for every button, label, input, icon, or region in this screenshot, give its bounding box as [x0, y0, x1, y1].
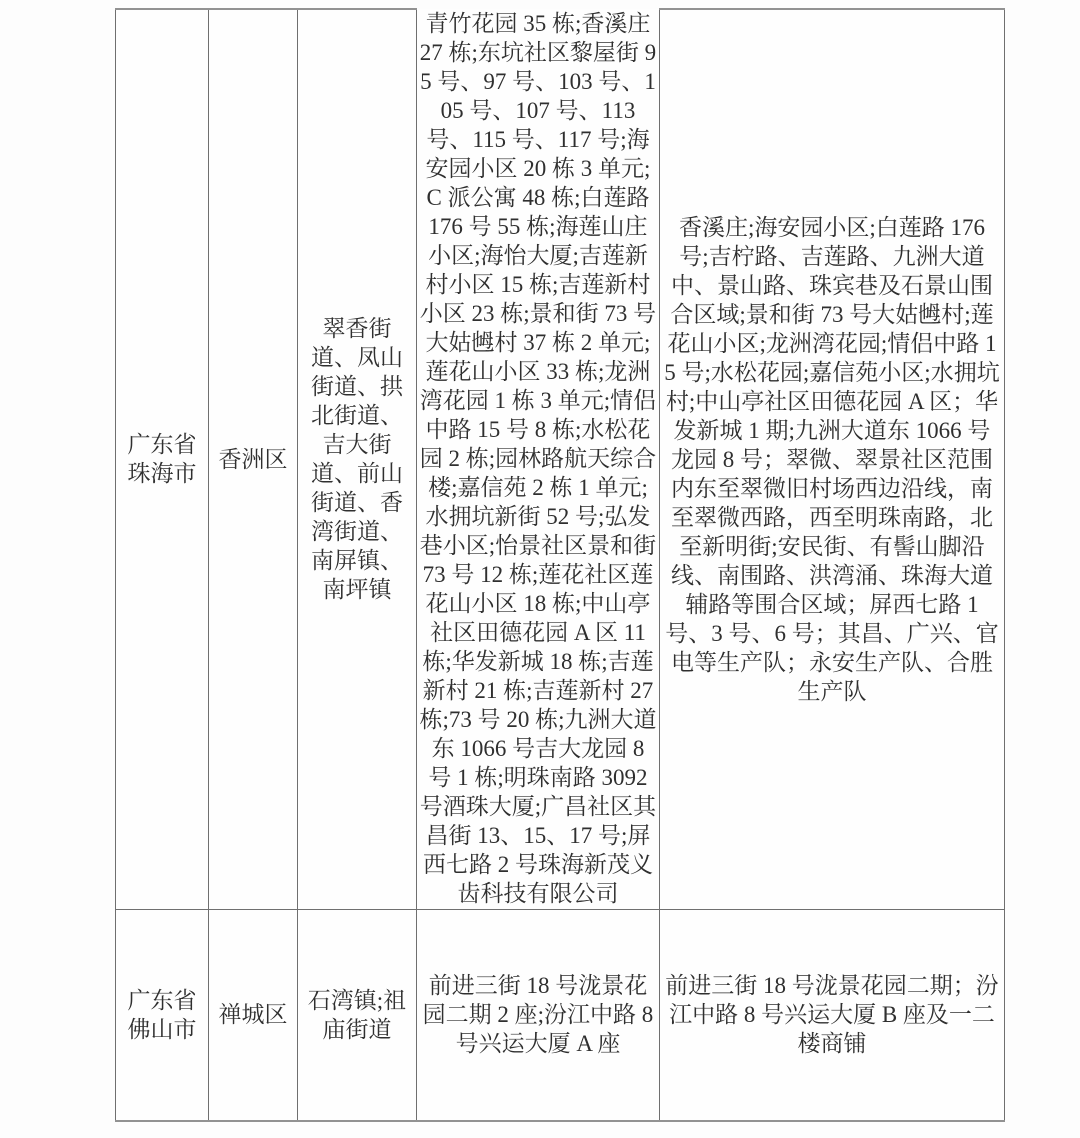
- cell-district: 禅城区: [209, 909, 298, 1121]
- cell-area-list-right: 香溪庄;海安园小区;白莲路 176 号;吉柠路、吉莲路、九洲大道中、景山路、珠宾…: [660, 9, 1005, 909]
- cell-district: 香洲区: [209, 9, 298, 909]
- table-row-foshan: 广东省佛山市 禅城区 石湾镇;祖庙街道 前进三街 18 号泷景花园二期 2 座;…: [116, 909, 1005, 1121]
- table-row-zhuhai: 广东省珠海市 香洲区 翠香街道、凤山街道、拱北街道、吉大街道、前山街道、香湾街道…: [116, 9, 1005, 909]
- cell-area-list-left: 前进三街 18 号泷景花园二期 2 座;汾江中路 8 号兴运大厦 A 座: [417, 909, 660, 1121]
- cell-province-city: 广东省珠海市: [116, 9, 209, 909]
- cell-streets: 石湾镇;祖庙街道: [298, 909, 417, 1121]
- cell-area-list-right: 前进三街 18 号泷景花园二期；汾江中路 8 号兴运大厦 B 座及一二楼商铺: [660, 909, 1005, 1121]
- cell-streets: 翠香街道、凤山街道、拱北街道、吉大街道、前山街道、香湾街道、南屏镇、南坪镇: [298, 9, 417, 909]
- cell-area-list-left: 青竹花园 35 栋;香溪庄 27 栋;东坑社区黎屋街 95 号、97 号、103…: [417, 9, 660, 909]
- cell-province-city: 广东省佛山市: [116, 909, 209, 1121]
- document-page: 广东省珠海市 香洲区 翠香街道、凤山街道、拱北街道、吉大街道、前山街道、香湾街道…: [0, 0, 1080, 1138]
- risk-area-table: 广东省珠海市 香洲区 翠香街道、凤山街道、拱北街道、吉大街道、前山街道、香湾街道…: [115, 8, 1005, 1122]
